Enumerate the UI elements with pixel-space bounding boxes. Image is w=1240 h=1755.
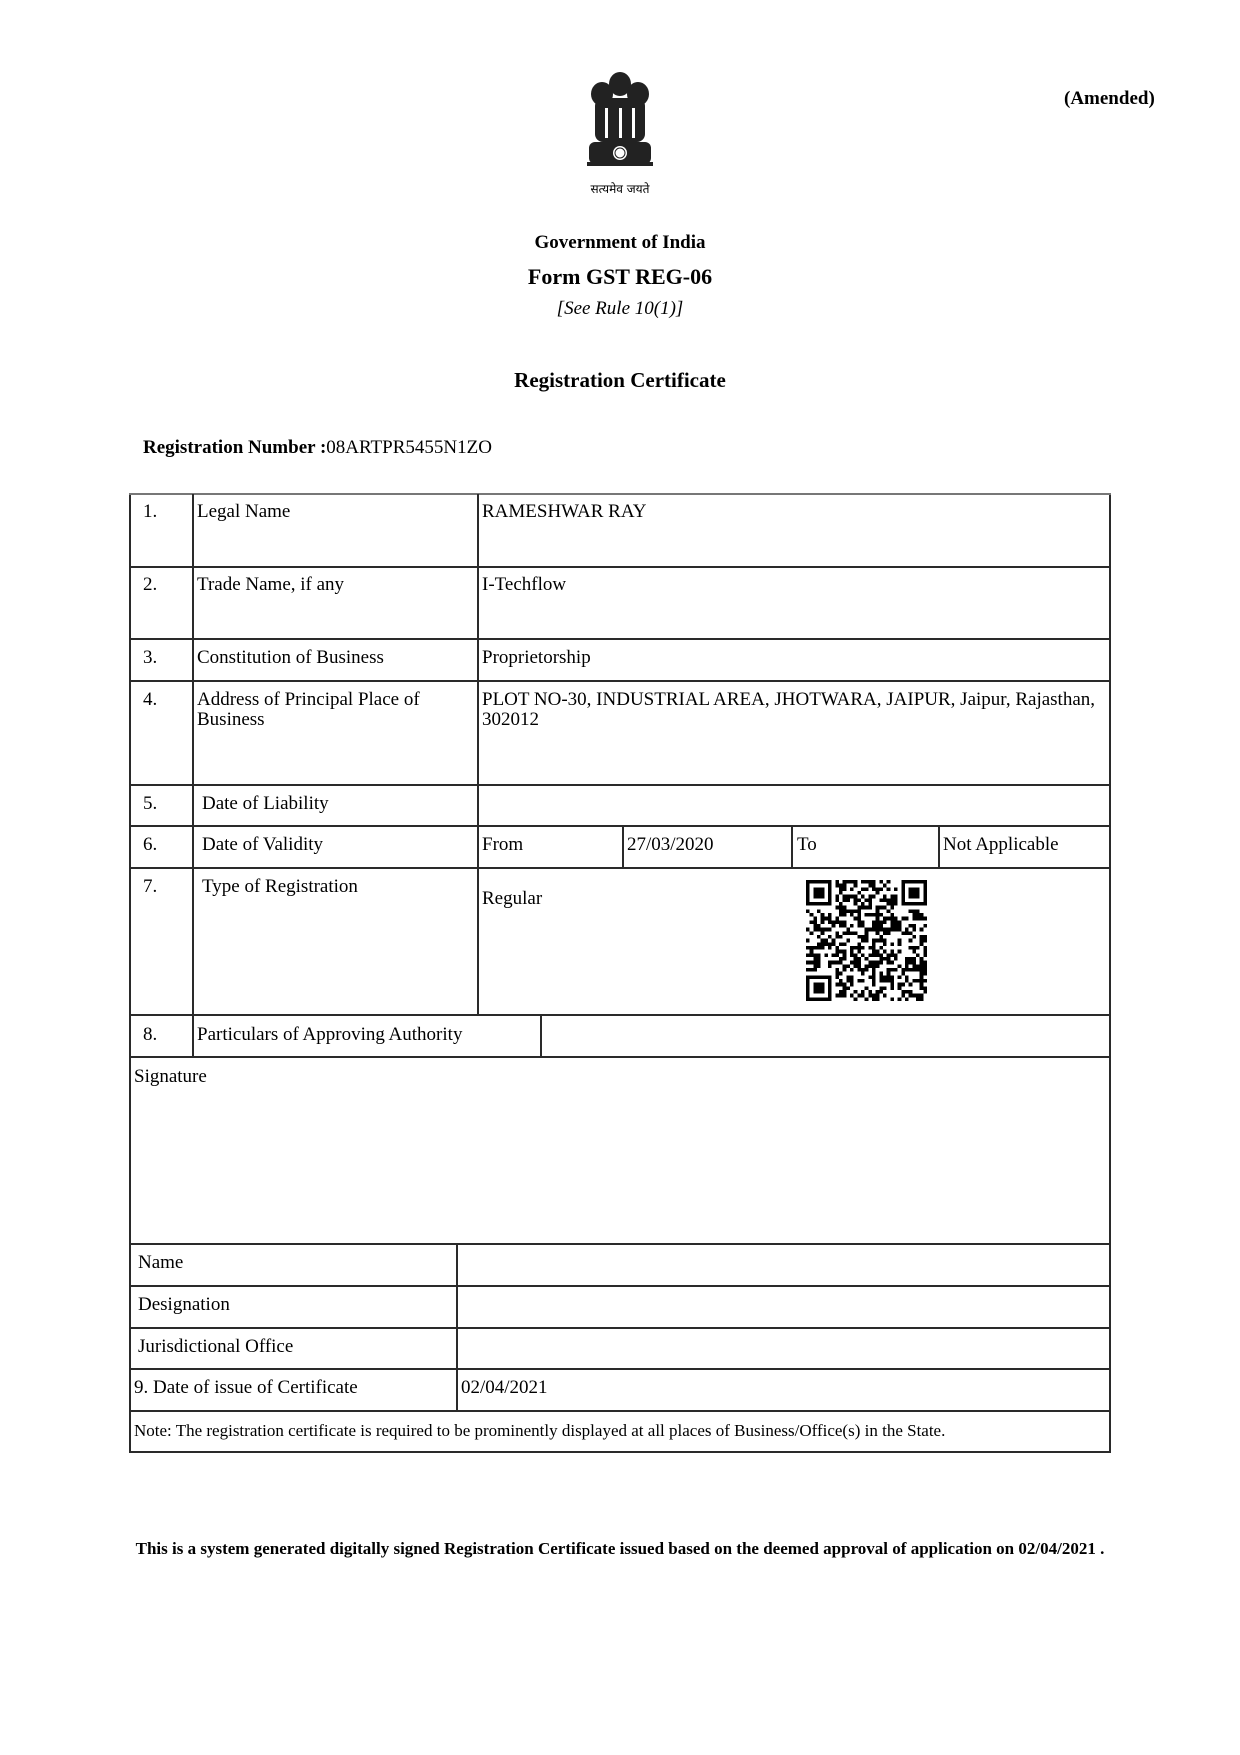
validity-from-value: 27/03/2020: [627, 835, 714, 855]
validity-to-value: Not Applicable: [943, 835, 1059, 855]
constitution-value: Proprietorship: [482, 648, 591, 668]
row-divider: [129, 867, 1111, 869]
row-divider: [129, 1014, 1111, 1016]
trade-name-label: Trade Name, if any: [197, 575, 344, 595]
row-divider: [129, 493, 1111, 495]
row-divider: [129, 784, 1111, 786]
row-number: 8.: [143, 1025, 157, 1045]
rule-reference: [See Rule 10(1)]: [0, 298, 1240, 320]
validity-from-label: From: [482, 835, 523, 855]
emblem-motto: सत्यमेव जयते: [575, 180, 665, 197]
row-divider: [129, 1327, 1111, 1329]
row-divider: [129, 1451, 1111, 1453]
display-note: Note: The registration certificate is re…: [134, 1421, 945, 1441]
row-number: 4.: [143, 690, 157, 710]
address-value: PLOT NO-30, INDUSTRIAL AREA, JHOTWARA, J…: [482, 690, 1102, 730]
liability-date-label: Date of Liability: [202, 794, 329, 814]
constitution-label: Constitution of Business: [197, 648, 384, 668]
row-divider: [129, 1368, 1111, 1370]
issue-date-label: 9. Date of issue of Certificate: [134, 1378, 358, 1398]
government-heading: Government of India: [0, 232, 1240, 254]
address-label: Address of Principal Place of Business: [197, 690, 467, 730]
row-divider: [129, 825, 1111, 827]
authority-name-label: Name: [138, 1253, 183, 1273]
legal-name-value: RAMESHWAR RAY: [482, 502, 647, 522]
amended-label: (Amended): [1064, 88, 1155, 110]
jurisdictional-office-label: Jurisdictional Office: [138, 1337, 293, 1357]
col-divider: [622, 826, 624, 867]
registration-type-value: Regular: [482, 889, 542, 909]
row-divider: [129, 1285, 1111, 1287]
registration-number: Registration Number :08ARTPR5455N1ZO: [143, 437, 492, 459]
row-divider: [129, 638, 1111, 640]
row-divider: [129, 680, 1111, 682]
col-divider: [192, 494, 194, 1056]
row-number: 5.: [143, 794, 157, 814]
col-divider: [540, 1015, 542, 1056]
issue-date-value: 02/04/2021: [461, 1378, 548, 1398]
row-divider: [129, 1410, 1111, 1412]
row-number: 7.: [143, 877, 157, 897]
registration-type-label: Type of Registration: [202, 877, 358, 897]
trade-name-value: I-Techflow: [482, 575, 566, 595]
legal-name-label: Legal Name: [197, 502, 290, 522]
certificate-title: Registration Certificate: [0, 368, 1240, 393]
system-generated-footer: This is a system generated digitally sig…: [0, 1539, 1240, 1559]
form-title: Form GST REG-06: [0, 264, 1240, 290]
signature-label: Signature: [134, 1067, 207, 1087]
qr-code-icon: [806, 880, 927, 1001]
col-divider: [477, 494, 479, 1014]
row-divider: [129, 1056, 1111, 1058]
designation-label: Designation: [138, 1295, 230, 1315]
col-divider: [938, 826, 940, 867]
row-number: 6.: [143, 835, 157, 855]
validity-to-label: To: [797, 835, 817, 855]
row-divider: [129, 566, 1111, 568]
row-divider: [129, 1243, 1111, 1245]
row-number: 1.: [143, 502, 157, 522]
approving-authority-label: Particulars of Approving Authority: [197, 1025, 462, 1045]
national-emblem-icon: [575, 66, 665, 196]
validity-label: Date of Validity: [202, 835, 323, 855]
row-number: 3.: [143, 648, 157, 668]
registration-number-value: 08ARTPR5455N1ZO: [326, 437, 492, 458]
row-number: 2.: [143, 575, 157, 595]
registration-number-label: Registration Number :: [143, 437, 326, 458]
col-divider: [456, 1244, 458, 1411]
col-divider: [791, 826, 793, 867]
